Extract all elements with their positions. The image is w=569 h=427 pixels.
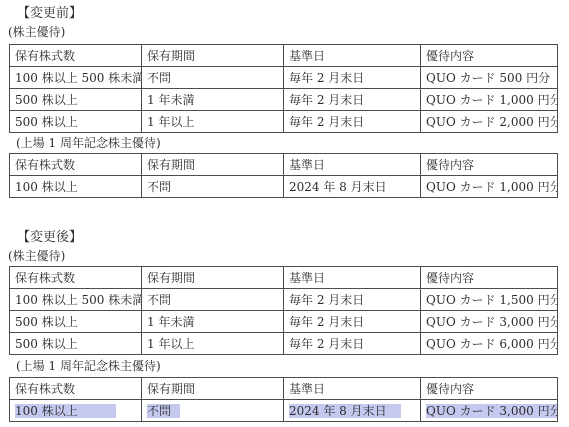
cell-shares: 100 株以上 — [10, 176, 142, 198]
table-header-row: 保有株式数 保有期間 基準日 優待内容 — [10, 45, 558, 67]
table-benefit-after: 保有株式数 保有期間 基準日 優待内容 100 株以上 500 株未満 不問 毎… — [9, 266, 558, 355]
table-anniversary-before: 保有株式数 保有期間 基準日 優待内容 100 株以上 不問 2024 年 8 … — [9, 153, 558, 198]
subsection-label-shareholder-benefit: (株主優待) — [8, 249, 569, 263]
highlighted-text: 100 株以上 — [15, 404, 116, 418]
col-header-benefit: 優待内容 — [421, 154, 558, 176]
cell-benefit: QUO カード 500 円分 — [421, 67, 558, 89]
subsection-label-shareholder-benefit: (株主優待) — [8, 25, 569, 39]
cell-period: 1 年未満 — [142, 89, 284, 111]
col-header-record-date: 基準日 — [284, 267, 421, 289]
cell-benefit: QUO カード 3,000 円分 — [421, 311, 558, 333]
col-header-period: 保有期間 — [142, 45, 284, 67]
table-header-row: 保有株式数 保有期間 基準日 優待内容 — [10, 267, 558, 289]
col-header-record-date: 基準日 — [284, 378, 421, 400]
table-row: 500 株以上 1 年以上 毎年 2 月末日 QUO カード 6,000 円分 — [10, 333, 558, 355]
table-anniversary-after: 保有株式数 保有期間 基準日 優待内容 100 株以上 不問 2024 年 8 … — [9, 377, 558, 422]
document-page: 【変更前】 (株主優待) 保有株式数 保有期間 基準日 優待内容 100 株以上… — [0, 0, 569, 427]
subsection-label-anniversary-benefit: (上場 1 周年記念株主優待) — [16, 359, 569, 373]
col-header-shares: 保有株式数 — [10, 378, 142, 400]
table-row: 100 株以上 不問 2024 年 8 月末日 QUO カード 1,000 円分 — [10, 176, 558, 198]
cell-shares: 500 株以上 — [10, 333, 142, 355]
cell-period: 1 年以上 — [142, 111, 284, 133]
subsection-label-anniversary-benefit: (上場 1 周年記念株主優待) — [16, 136, 569, 150]
cell-period: 不問 — [142, 289, 284, 311]
section-heading-after: 【変更後】 — [17, 231, 569, 245]
cell-shares: 100 株以上 — [10, 400, 142, 422]
cell-period: 1 年以上 — [142, 333, 284, 355]
table-header-row: 保有株式数 保有期間 基準日 優待内容 — [10, 154, 558, 176]
table-row: 500 株以上 1 年未満 毎年 2 月末日 QUO カード 3,000 円分 — [10, 311, 558, 333]
cell-benefit: QUO カード 6,000 円分 — [421, 333, 558, 355]
cell-record-date: 毎年 2 月末日 — [284, 311, 421, 333]
cell-record-date: 毎年 2 月末日 — [284, 67, 421, 89]
cell-shares: 500 株以上 — [10, 111, 142, 133]
highlighted-text: 2024 年 8 月末日 — [289, 404, 401, 418]
col-header-benefit: 優待内容 — [421, 267, 558, 289]
table-row: 100 株以上 500 株未満 不問 毎年 2 月末日 QUO カード 500 … — [10, 67, 558, 89]
cell-record-date: 毎年 2 月末日 — [284, 333, 421, 355]
col-header-benefit: 優待内容 — [421, 378, 558, 400]
cell-shares: 500 株以上 — [10, 311, 142, 333]
col-header-shares: 保有株式数 — [10, 45, 142, 67]
cell-benefit: QUO カード 2,000 円分 — [421, 111, 558, 133]
table-benefit-before: 保有株式数 保有期間 基準日 優待内容 100 株以上 500 株未満 不問 毎… — [9, 44, 558, 133]
cell-record-date: 毎年 2 月末日 — [284, 111, 421, 133]
cell-record-date: 毎年 2 月末日 — [284, 89, 421, 111]
cell-period: 不問 — [142, 400, 284, 422]
table-row: 500 株以上 1 年未満 毎年 2 月末日 QUO カード 1,000 円分 — [10, 89, 558, 111]
col-header-benefit: 優待内容 — [421, 45, 558, 67]
cell-record-date: 2024 年 8 月末日 — [284, 400, 421, 422]
cell-period: 不問 — [142, 176, 284, 198]
table-row-highlighted: 100 株以上 不問 2024 年 8 月末日 QUO カード 3,000 円分 — [10, 400, 558, 422]
col-header-period: 保有期間 — [142, 378, 284, 400]
cell-period: 不問 — [142, 67, 284, 89]
cell-record-date: 2024 年 8 月末日 — [284, 176, 421, 198]
highlighted-text: QUO カード 3,000 円分 — [426, 404, 558, 418]
table-header-row: 保有株式数 保有期間 基準日 優待内容 — [10, 378, 558, 400]
cell-period: 1 年未満 — [142, 311, 284, 333]
col-header-period: 保有期間 — [142, 154, 284, 176]
cell-benefit: QUO カード 1,500 円分 — [421, 289, 558, 311]
table-row: 100 株以上 500 株未満 不問 毎年 2 月末日 QUO カード 1,50… — [10, 289, 558, 311]
cell-benefit: QUO カード 1,000 円分 — [421, 89, 558, 111]
section-heading-before: 【変更前】 — [17, 7, 569, 21]
highlighted-text: 不問 — [147, 404, 180, 418]
cell-record-date: 毎年 2 月末日 — [284, 289, 421, 311]
col-header-period: 保有期間 — [142, 267, 284, 289]
col-header-record-date: 基準日 — [284, 154, 421, 176]
cell-shares: 100 株以上 500 株未満 — [10, 67, 142, 89]
col-header-shares: 保有株式数 — [10, 267, 142, 289]
cell-shares: 100 株以上 500 株未満 — [10, 289, 142, 311]
table-row: 500 株以上 1 年以上 毎年 2 月末日 QUO カード 2,000 円分 — [10, 111, 558, 133]
cell-shares: 500 株以上 — [10, 89, 142, 111]
col-header-record-date: 基準日 — [284, 45, 421, 67]
col-header-shares: 保有株式数 — [10, 154, 142, 176]
cell-benefit: QUO カード 3,000 円分 — [421, 400, 558, 422]
cell-benefit: QUO カード 1,000 円分 — [421, 176, 558, 198]
